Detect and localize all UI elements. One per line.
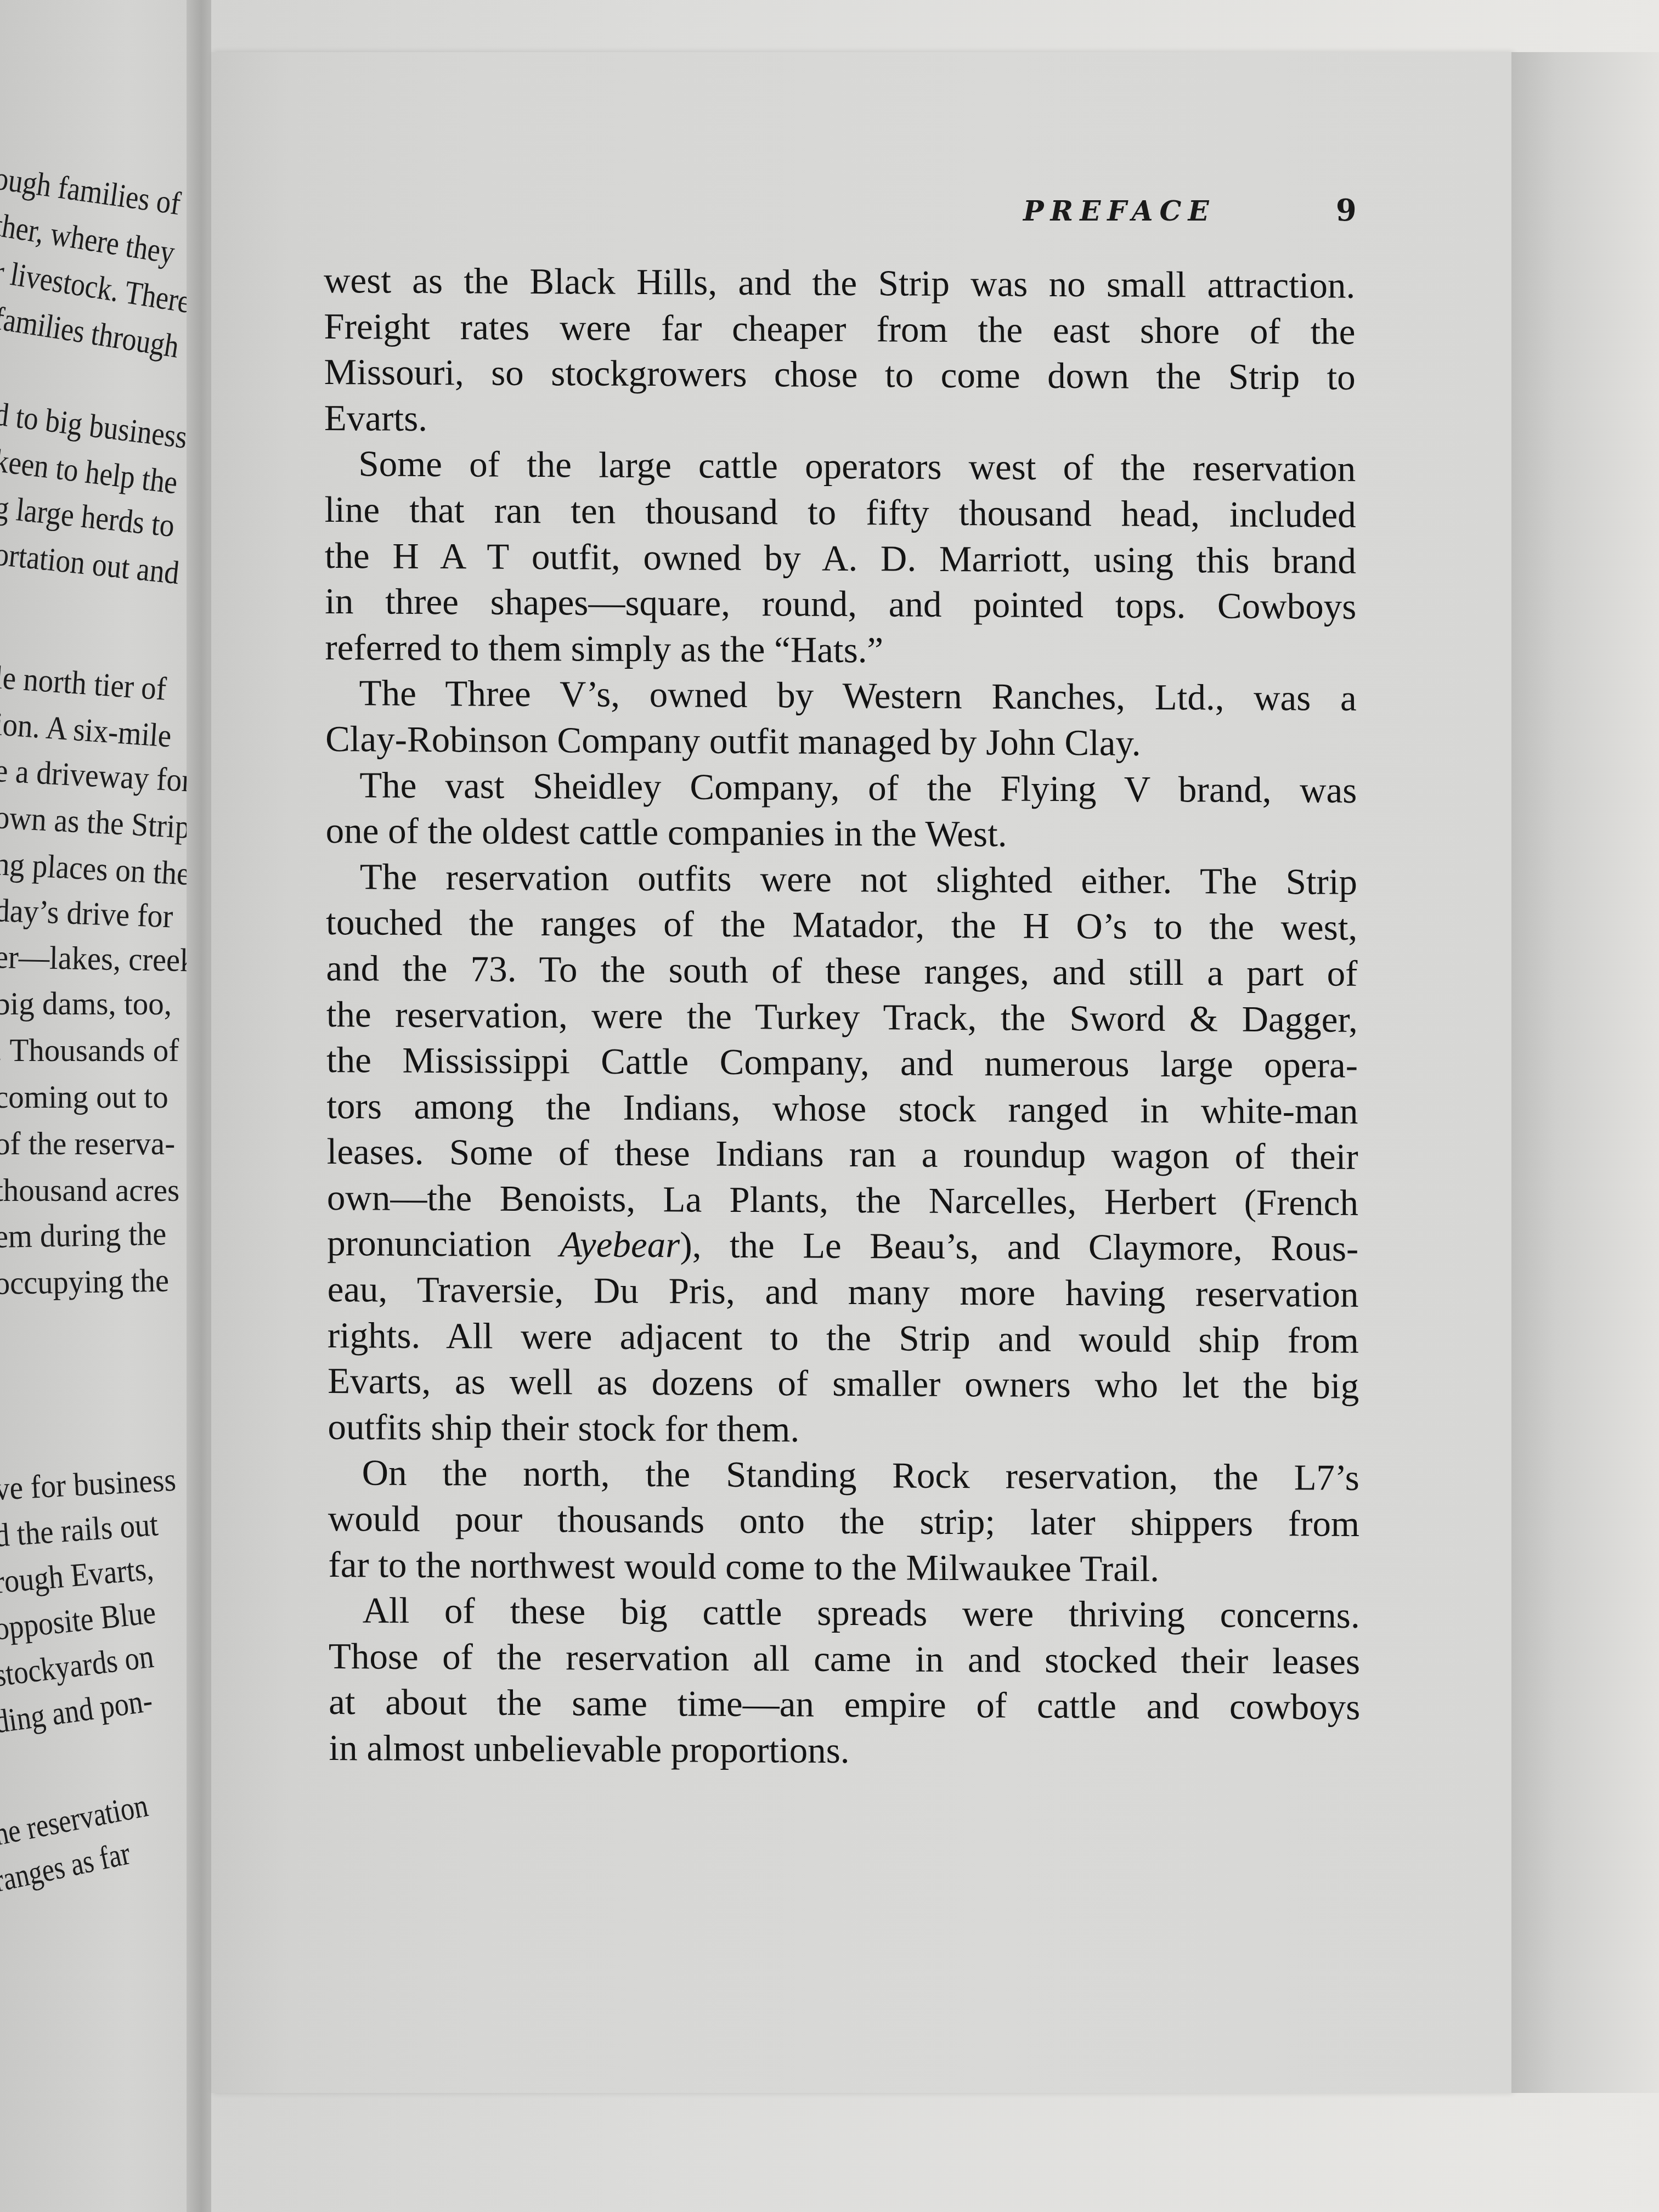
left-page-text-fragment: er—lakes, creeks	[0, 938, 208, 980]
left-page-text-fragment: rough Evarts,	[0, 1550, 155, 1601]
text-line: The reservation outfits were not slighte…	[326, 854, 1357, 905]
left-page-text-fragment: coming out to	[0, 1078, 168, 1116]
text-line: Those of the reservation all came in and…	[329, 1634, 1360, 1685]
left-page-text-fragment: le north tier of	[0, 658, 167, 708]
text-line: leases. Some of these Indians ran a roun…	[327, 1129, 1358, 1180]
page-number: 9	[1336, 193, 1357, 228]
text-line: west as the Black Hills, and the Strip w…	[324, 258, 1355, 309]
text-segment: pronunciation	[327, 1223, 560, 1265]
text-line: touched the ranges of the Matador, the H…	[326, 900, 1357, 951]
left-page: ranges as farhe reservationding and pon-…	[0, 0, 211, 2212]
text-line: in almost unbelievable proportions.	[329, 1725, 1360, 1776]
text-line: pronunciation Ayebear), the Le Beau’s, a…	[327, 1221, 1358, 1272]
left-page-text-fragment: e a driveway for	[0, 752, 193, 800]
text-line: own—the Benoists, La Plants, the Narcell…	[327, 1175, 1358, 1226]
text-line: Some of the large cattle operators west …	[324, 441, 1356, 492]
text-line: The Three V’s, owned by Western Ranches,…	[325, 670, 1357, 721]
text-line: the reservation, were the Turkey Track, …	[326, 992, 1358, 1043]
left-page-text-fragment: ng places on the	[0, 845, 191, 893]
text-line: On the north, the Standing Rock reservat…	[328, 1450, 1359, 1501]
text-line: Freight rates were far cheaper from the …	[324, 304, 1355, 355]
text-line: at about the same time—an empire of catt…	[329, 1679, 1360, 1730]
text-line: tors among the Indians, whose stock rang…	[326, 1084, 1358, 1135]
left-page-text-fragment: ve for business	[0, 1461, 177, 1508]
left-page-text-fragment: he reservation	[0, 1786, 151, 1853]
left-page-text-fragment: em during the	[0, 1215, 167, 1256]
text-line: the Mississippi Cattle Company, and nume…	[326, 1037, 1358, 1088]
left-page-text-fragment: own as the Strip	[0, 798, 191, 847]
text-line: Evarts, as well as dozens of smaller own…	[328, 1358, 1359, 1409]
text-line: in three shapes—square, round, and point…	[325, 579, 1356, 630]
text-line: far to the northwest would come to the M…	[328, 1542, 1359, 1593]
text-line: rights. All were adjacent to the Strip a…	[328, 1313, 1359, 1364]
running-head: PREFACE 9	[1023, 195, 1352, 233]
left-page-text-fragment: thousand acres	[0, 1171, 179, 1209]
left-page-text-fragment: d the rails out	[0, 1505, 159, 1555]
body-text: west as the Black Hills, and the Strip w…	[324, 258, 1361, 1777]
left-page-text-fragment: of the reserva-	[0, 1125, 175, 1163]
text-line: All of these big cattle spreads were thr…	[328, 1588, 1359, 1639]
left-page-text-fragment: ion. A six-mile	[0, 705, 173, 755]
text-line: Evarts.	[324, 396, 1356, 447]
text-line: The vast Sheidley Company, of the Flying…	[325, 763, 1357, 814]
text-line: and the 73. To the south of these ranges…	[326, 946, 1357, 997]
text-line: Missouri, so stockgrowers chose to come …	[324, 349, 1356, 400]
text-line: eau, Traversie, Du Pris, and many more h…	[327, 1267, 1358, 1318]
left-page-text-fragment: . Thousands of	[0, 1031, 179, 1069]
text-line: outfits ship their stock for them.	[328, 1404, 1359, 1455]
text-segment: ), the Le Beau’s, and Claymore, Rous-	[680, 1225, 1358, 1269]
text-line: Clay-Robinson Company outfit managed by …	[325, 716, 1357, 768]
left-page-text-fragment: day’s drive for	[0, 891, 173, 935]
text-line: the H A T outfit, owned by A. D. Marriot…	[325, 533, 1356, 584]
text-line: referred to them simply as the “Hats.”	[325, 625, 1356, 676]
running-head-title: PREFACE	[1023, 195, 1216, 227]
left-page-text-fragment: ortation out and	[0, 535, 181, 592]
book-gutter	[187, 0, 211, 2212]
text-line: would pour thousands onto the strip; lat…	[328, 1496, 1359, 1547]
text-line: one of the oldest cattle companies in th…	[326, 808, 1357, 859]
text-line: line that ran ten thousand to fifty thou…	[324, 487, 1356, 538]
left-page-text-fragment: occupying the	[0, 1261, 169, 1302]
italic-term: Ayebear	[560, 1224, 680, 1266]
left-page-text-fragment: big dams, too,	[0, 985, 172, 1023]
page-edge-shadow	[1511, 52, 1659, 2093]
